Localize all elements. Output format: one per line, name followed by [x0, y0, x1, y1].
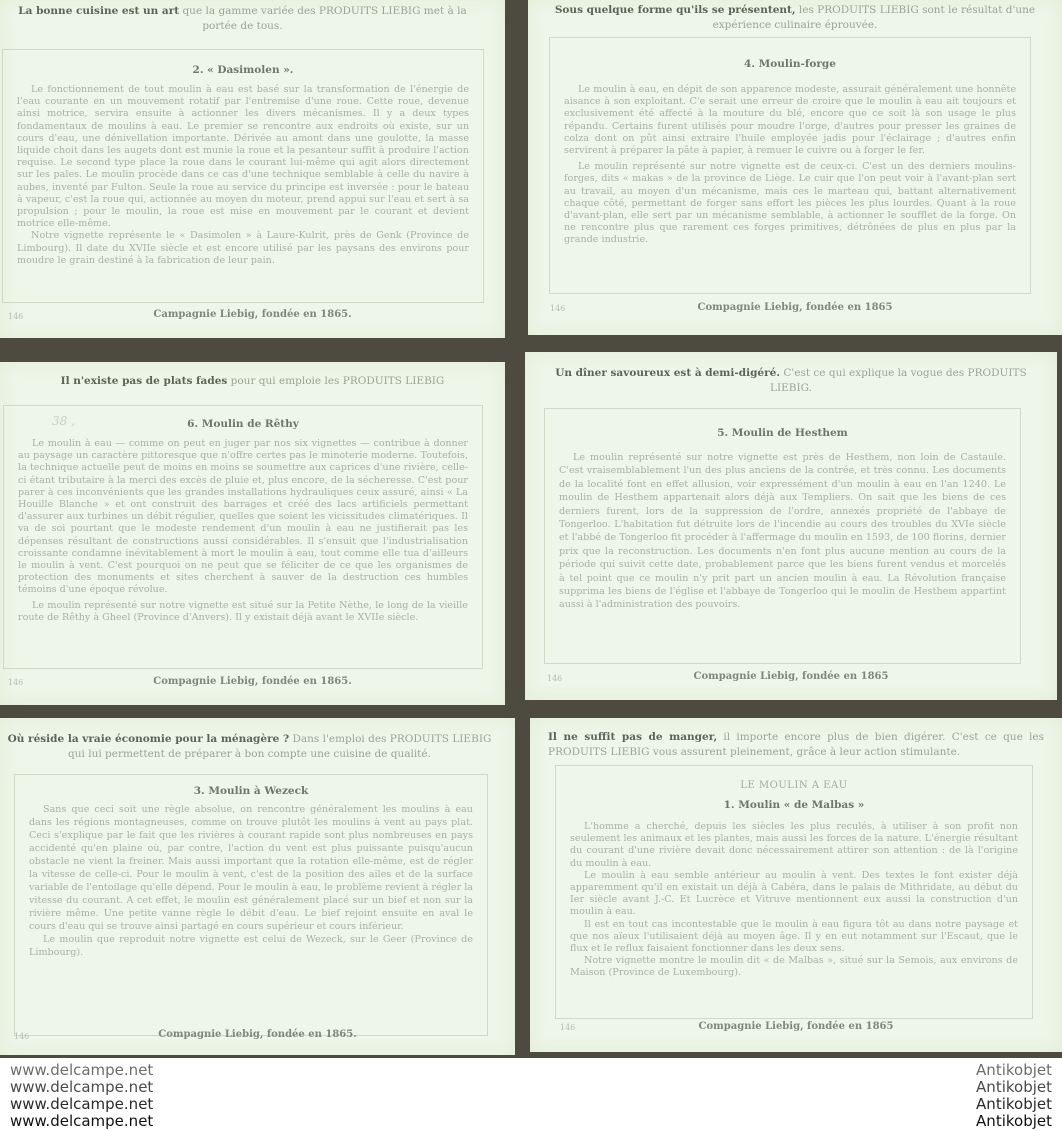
card-paragraph: Le moulin que reproduit notre vignette e… [15, 933, 487, 959]
card-text-box: 4. Moulin-forge Le moulin à eau, en dépi… [549, 37, 1031, 294]
watermark-antikobjet: Antikobjet Antikobjet Antikobjet Antikob… [976, 1062, 1052, 1130]
liebig-card-1: Il ne suffit pas de manger, il importe e… [530, 718, 1062, 1052]
header-text: que la gamme variée des PRODUITS LIEBIG … [179, 5, 467, 32]
card-text-box: 3. Moulin à Wezeck Sans que ceci soit un… [14, 774, 488, 1036]
card-footer: Compagnie Liebig, fondée en 1865 [528, 302, 1062, 313]
header-bold: Il ne suffit pas de manger, [548, 731, 717, 743]
card-title: 4. Moulin-forge [550, 58, 1030, 70]
card-title: 6. Moulin de Rêthy [4, 418, 482, 430]
card-header: Sous quelque forme qu'ils se présentent,… [528, 3, 1062, 33]
watermark-line: www.delcampe.net [10, 1079, 153, 1096]
card-paragraph: Le moulin représenté sur notre vignette … [545, 451, 1020, 612]
header-bold: Où réside la vraie économie pour la ména… [8, 733, 289, 745]
watermark-line: Antikobjet [976, 1113, 1052, 1130]
card-text-box: 38 , 6. Moulin de Rêthy Le moulin à eau … [3, 405, 483, 669]
card-text-box: 2. « Dasimolen ». Le fonctionnement de t… [2, 49, 484, 303]
card-header: La bonne cuisine est un art que la gamme… [0, 4, 505, 34]
card-paragraph: Il est en tout cas incontestable que le … [556, 919, 1032, 956]
card-header: Où réside la vraie économie pour la ména… [0, 732, 515, 762]
liebig-card-5: Un dîner savoureux est à demi-digéré. C'… [525, 352, 1057, 700]
card-footer: Compagnie Liebig, fondée en 1865 [530, 1021, 1062, 1032]
header-bold: Sous quelque forme qu'ils se présentent, [555, 4, 796, 16]
series-title: LE MOULIN A EAU [556, 780, 1032, 791]
card-title: 2. « Dasimolen ». [3, 64, 483, 76]
card-footer: Compagnie Liebig, fondée en 1865. [0, 1029, 515, 1040]
watermark-delcampe: www.delcampe.net www.delcampe.net www.de… [10, 1062, 153, 1130]
card-footer: Compagnie Liebig, fondée en 1865. [0, 676, 505, 687]
card-text-box: 5. Moulin de Hesthem Le moulin représent… [544, 408, 1021, 664]
header-bold: Un dîner savoureux est à demi-digéré. [555, 367, 780, 379]
card-paragraph: L'homme a cherché, depuis les siècles le… [556, 821, 1032, 870]
card-paragraph: Le moulin à eau — comme on peut en juger… [4, 438, 482, 597]
watermark-line: www.delcampe.net [10, 1096, 153, 1113]
watermark-line: www.delcampe.net [10, 1113, 153, 1130]
watermark-line: Antikobjet [976, 1096, 1052, 1113]
pencil-annotation: 38 , [52, 414, 75, 428]
card-footer: Compagnie Liebig, fondée en 1865 [525, 671, 1057, 682]
card-paragraph: Le moulin représenté sur notre vignette … [4, 600, 482, 624]
card-title: 5. Moulin de Hesthem [545, 427, 1020, 439]
card-paragraph: Notre vignette montre le moulin dit « de… [556, 955, 1032, 979]
watermark-line: www.delcampe.net [10, 1062, 153, 1079]
header-bold: Il n'existe pas de plats fades [61, 375, 228, 387]
liebig-card-2: La bonne cuisine est un art que la gamme… [0, 0, 505, 338]
card-header: Il ne suffit pas de manger, il importe e… [530, 730, 1062, 760]
card-paragraph: Le moulin à eau semble antérieur au moul… [556, 870, 1032, 919]
card-header: Il n'existe pas de plats fades pour qui … [0, 374, 505, 389]
card-footer: Campagnie Liebig, fondée en 1865. [0, 309, 505, 320]
card-title: 3. Moulin à Wezeck [15, 785, 487, 797]
card-text-box: LE MOULIN A EAU 1. Moulin « de Malbas » … [555, 765, 1033, 1019]
liebig-card-4: Sous quelque forme qu'ils se présentent,… [528, 0, 1062, 335]
liebig-card-3: Où réside la vraie économie pour la ména… [0, 718, 515, 1055]
card-paragraph: Sans que ceci soit une règle absolue, on… [15, 803, 487, 933]
card-header: Un dîner savoureux est à demi-digéré. C'… [525, 366, 1057, 396]
header-bold: La bonne cuisine est un art [18, 5, 179, 17]
header-text: C'est ce qui explique la vogue des PRODU… [770, 367, 1027, 394]
card-paragraph: Le moulin représenté sur notre vignette … [550, 161, 1030, 246]
header-text: pour qui emploie les PRODUITS LIEBIG [227, 375, 444, 387]
watermark-line: Antikobjet [976, 1079, 1052, 1096]
card-paragraph: Notre vignette représente le « Dasimolen… [3, 230, 483, 267]
card-paragraph: Le moulin à eau, en dépit de son apparen… [550, 84, 1030, 157]
liebig-card-6: Il n'existe pas de plats fades pour qui … [0, 362, 505, 705]
card-title: 1. Moulin « de Malbas » [556, 799, 1032, 811]
watermark-line: Antikobjet [976, 1062, 1052, 1079]
card-paragraph: Le fonctionnement de tout moulin à eau e… [3, 84, 483, 230]
